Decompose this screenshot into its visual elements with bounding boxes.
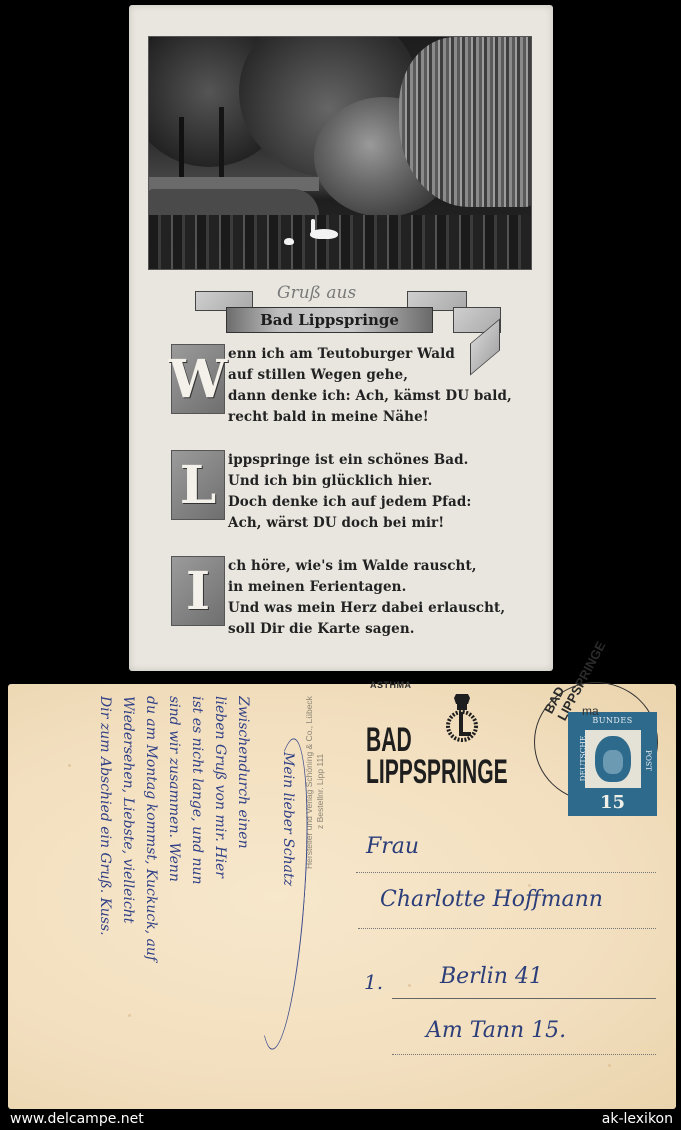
stamp-right-text: POST (644, 750, 653, 771)
address-city-prefix: 1. (364, 970, 383, 994)
postage-stamp: BUNDES DEUTSCHE POST 15 (568, 712, 657, 816)
verse-line: ch höre, wie's im Walde rauscht, (228, 556, 505, 577)
cygnet (284, 238, 294, 245)
cancellation-slogan: ASTHMA (370, 680, 412, 690)
address-line (392, 998, 656, 999)
address-line (358, 928, 656, 929)
postcard-front: Gruß aus Bad Lippspringe W enn ich am Te… (129, 5, 553, 671)
address-line (356, 872, 656, 873)
verse-line: dann denke ich: Ach, kämst DU bald, (228, 386, 512, 407)
verse-line: soll Dir die Karte sagen. (228, 619, 505, 640)
message-line: Wiedersehen, Liebste, vielleicht (116, 696, 139, 1096)
handwritten-salutation: Mein lieber Schatz (280, 752, 296, 886)
drop-cap: I (171, 556, 225, 626)
verse-line: Und ich bin glücklich hier. (228, 471, 471, 492)
swan-neck (311, 219, 315, 233)
drop-cap: L (171, 450, 225, 520)
stamp-portrait (585, 730, 641, 788)
drop-cap: W (171, 344, 225, 414)
message-line: du am Montag kommst, Kuckuck, auf (139, 696, 162, 1096)
message-line: ist es nicht lange, und nun (185, 696, 208, 1096)
verse-line: Ach, wärst DU doch bei mir! (228, 513, 471, 534)
watermark-right: ak-lexikon (602, 1111, 673, 1127)
message-line: lieben Gruß von mir. Hier (208, 696, 231, 1096)
place-banner: Bad Lippspringe (226, 307, 433, 333)
stamp-value: 15 (568, 792, 657, 813)
weeping-willow (399, 37, 532, 207)
pond-photo (148, 36, 532, 270)
message-line: sind wir zusammen. Wenn (162, 696, 185, 1096)
postcard-back: ASTHMA BAD LIPPSPRINGE BAD LIPPSPRINGE B… (8, 684, 676, 1109)
address-street: Am Tann 15. (426, 1018, 566, 1043)
verse-line: recht bald in meine Nähe! (228, 407, 512, 428)
message-line: Dir zum Abschied ein Gruß. Kuss. (93, 696, 116, 1096)
message-line: Zwischendurch einen (231, 696, 252, 1096)
verse-line: ippspringe ist ein schönes Bad. (228, 450, 471, 471)
pond-water (149, 215, 531, 269)
address-name: Charlotte Hoffmann (380, 887, 603, 912)
hedge (149, 189, 319, 215)
greeting-script: Gruß aus (277, 283, 356, 303)
handwritten-message: Zwischendurch einen lieben Gruß von mir.… (22, 696, 252, 1096)
address-city: Berlin 41 (440, 964, 543, 989)
address-line (392, 1054, 656, 1055)
verse-line: Und was mein Herz dabei erlauscht, (228, 598, 505, 619)
verse-line: in meinen Ferientagen. (228, 577, 505, 598)
portrait-icon (595, 736, 631, 782)
verse-line: auf stillen Wegen gehe, (228, 365, 512, 386)
cancellation-town: BAD LIPPSPRINGE (366, 724, 508, 788)
postmark-overlay: ma (582, 704, 599, 718)
verse-line: Doch denke ich auf jedem Pfad: (228, 492, 471, 513)
place-name: Bad Lippspringe (260, 311, 399, 329)
watermark-left: www.delcampe.net (10, 1111, 144, 1127)
address-salutation: Frau (366, 834, 419, 859)
verse-line: enn ich am Teutoburger Wald (228, 344, 512, 365)
